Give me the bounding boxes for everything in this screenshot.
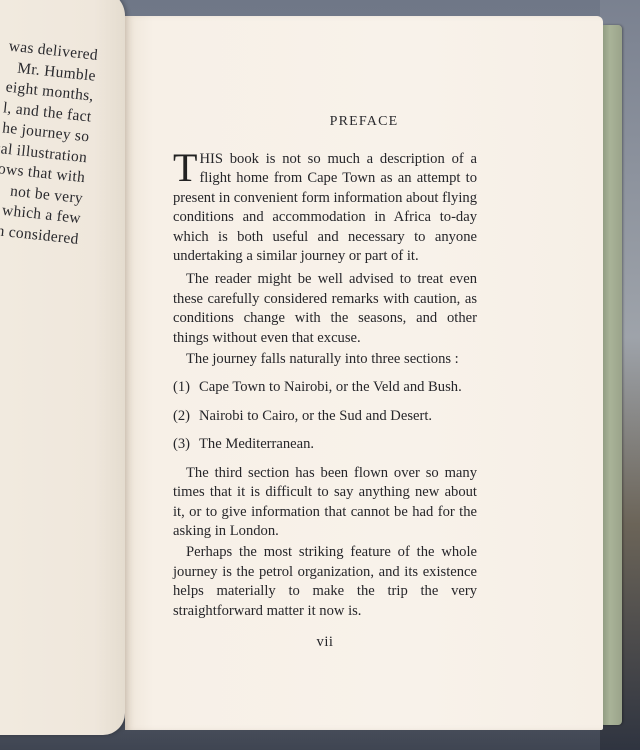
paragraph: The third section has been flown over so… (173, 464, 477, 542)
drop-cap: T (173, 152, 197, 184)
paragraph: THIS book is not so much a description o… (173, 150, 477, 266)
page-title: PREFACE (125, 114, 603, 130)
paragraph: Perhaps the most striking feature of the… (173, 543, 477, 621)
left-page: was delivered Mr. Humble eight months, l… (0, 0, 125, 735)
list-item: (2) Nairobi to Cairo, or the Sud and Des… (173, 407, 477, 426)
right-page: PREFACE THIS book is not so much a descr… (125, 16, 603, 730)
paragraph: The journey falls naturally into three s… (173, 350, 477, 369)
left-page-text: was delivered Mr. Humble eight months, l… (0, 36, 99, 250)
sections-list: (1) Cape Town to Nairobi, or the Veld an… (173, 378, 477, 454)
preface-body: THIS book is not so much a description o… (173, 150, 477, 652)
book-cover-edge (602, 25, 622, 725)
page-number: vii (173, 633, 477, 652)
list-item: (1) Cape Town to Nairobi, or the Veld an… (173, 378, 477, 397)
list-item: (3) The Mediterranean. (173, 435, 477, 454)
paragraph: The reader might be well advised to trea… (173, 270, 477, 348)
